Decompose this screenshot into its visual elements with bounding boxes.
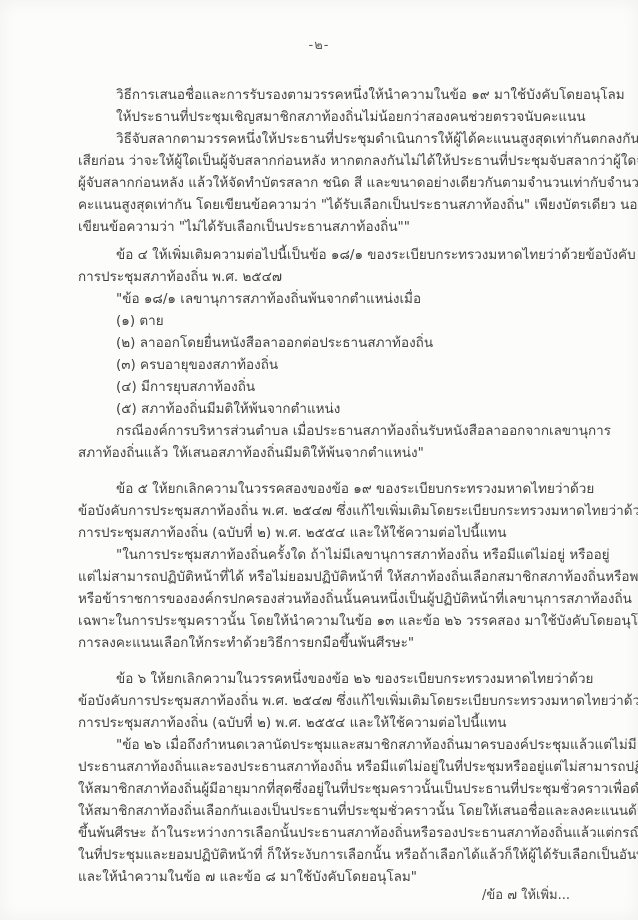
text-line: ในที่ประชุมและยอมปฏิบัติหน้าที่ ก็ให้ระง… — [78, 844, 638, 866]
text-line: หรือข้าราชการขององค์กรปกครองส่วนท้องถิ่น… — [78, 588, 638, 610]
text-line: เสียก่อน ว่าจะให้ผู้ใดเป็นผู้จับสลากก่อน… — [78, 150, 638, 172]
text-line: "ข้อ ๒๖ เมื่อถึงกำหนดเวลานัดประชุมและสมา… — [78, 734, 638, 756]
text-line: การประชุมสภาท้องถิ่น (ฉบับที่ ๒) พ.ศ. ๒๕… — [78, 712, 638, 734]
text-line: การลงคะแนนเลือกให้กระทำด้วยวิธีการยกมือข… — [78, 632, 638, 654]
text-line: ขึ้นพ้นศีรษะ ถ้าในระหว่างการเลือกนั้นประ… — [78, 822, 638, 844]
text-line: สภาท้องถิ่นแล้ว ให้เสนอสภาท้องถิ่นมีมติใ… — [78, 442, 638, 464]
text-line: ให้สมาชิกสภาท้องถิ่นเลือกกันเองเป็นประธา… — [78, 800, 638, 822]
text-line: ให้สมาชิกสภาท้องถิ่นผู้มีอายุมากที่สุดซึ… — [78, 778, 638, 800]
text-line: คะแนนสูงสุดเท่ากัน โดยเขียนข้อความว่า "ไ… — [78, 194, 638, 216]
text-line: (๔) มีการยุบสภาท้องถิ่น — [78, 376, 638, 398]
text-line: การประชุมสภาท้องถิ่น (ฉบับที่ ๒) พ.ศ. ๒๕… — [78, 522, 638, 544]
continuation-note: /ข้อ ๗ ให้เพิ่ม... — [482, 884, 570, 905]
text-line: ข้อ ๔ ให้เพิ่มเติมความต่อไปนี้เป็นข้อ ๑๘… — [78, 244, 638, 266]
text-line: "ในการประชุมสภาท้องถิ่นครั้งใด ถ้าไม่มีเ… — [78, 544, 638, 566]
text-line: วิธีการเสนอชื่อและการรับรองตามวรรคหนึ่งใ… — [78, 84, 638, 106]
text-line: ผู้จับสลากก่อนหลัง แล้วให้จัดทำบัตรสลาก … — [78, 172, 638, 194]
text-line: ข้อบังคับการประชุมสภาท้องถิ่น พ.ศ. ๒๕๔๗ … — [78, 500, 638, 522]
text-line: "ข้อ ๑๘/๑ เลขานุการสภาท้องถิ่นพ้นจากตำแห… — [78, 288, 638, 310]
text-line: (๓) ครบอายุของสภาท้องถิ่น — [78, 354, 638, 376]
text-line: (๒) ลาออกโดยยื่นหนังสือลาออกต่อประธานสภา… — [78, 332, 638, 354]
text-line: ข้อ ๖ ให้ยกเลิกความในวรรคหนึ่งของข้อ ๒๖ … — [78, 668, 638, 690]
page-number: -๒- — [0, 34, 638, 55]
text-line: เขียนข้อความว่า "ไม่ได้รับเลือกเป็นประธา… — [78, 216, 638, 238]
text-line: วิธีจับสลากตามวรรคหนึ่งให้ประธานที่ประชุ… — [78, 128, 638, 150]
text-line: กรณีองค์การบริหารส่วนตำบล เมื่อประธานสภา… — [78, 420, 638, 442]
text-line: ประธานสภาท้องถิ่นและรองประธานสภาท้องถิ่น… — [78, 756, 638, 778]
text-line: (๕) สภาท้องถิ่นมีมติให้พ้นจากตำแหน่ง — [78, 398, 638, 420]
text-line: เฉพาะในการประชุมคราวนั้น โดยให้นำความในข… — [78, 610, 638, 632]
text-line: ให้ประธานที่ประชุมเชิญสมาชิกสภาท้องถิ่นไ… — [78, 106, 638, 128]
text-line: แต่ไม่สามารถปฏิบัติหน้าที่ได้ หรือไม่ยอม… — [78, 566, 638, 588]
text-line: การประชุมสภาท้องถิ่น พ.ศ. ๒๕๔๗ — [78, 266, 638, 288]
text-line: ข้อ ๕ ให้ยกเลิกความในวรรคสองของข้อ ๑๙ ขอ… — [78, 478, 638, 500]
text-line: (๑) ตาย — [78, 310, 638, 332]
document-body: วิธีการเสนอชื่อและการรับรองตามวรรคหนึ่งใ… — [78, 84, 638, 888]
scanned-document-page: -๒- วิธีการเสนอชื่อและการรับรองตามวรรคหน… — [0, 0, 638, 920]
text-line: ข้อบังคับการประชุมสภาท้องถิ่น พ.ศ. ๒๕๔๗ … — [78, 690, 638, 712]
